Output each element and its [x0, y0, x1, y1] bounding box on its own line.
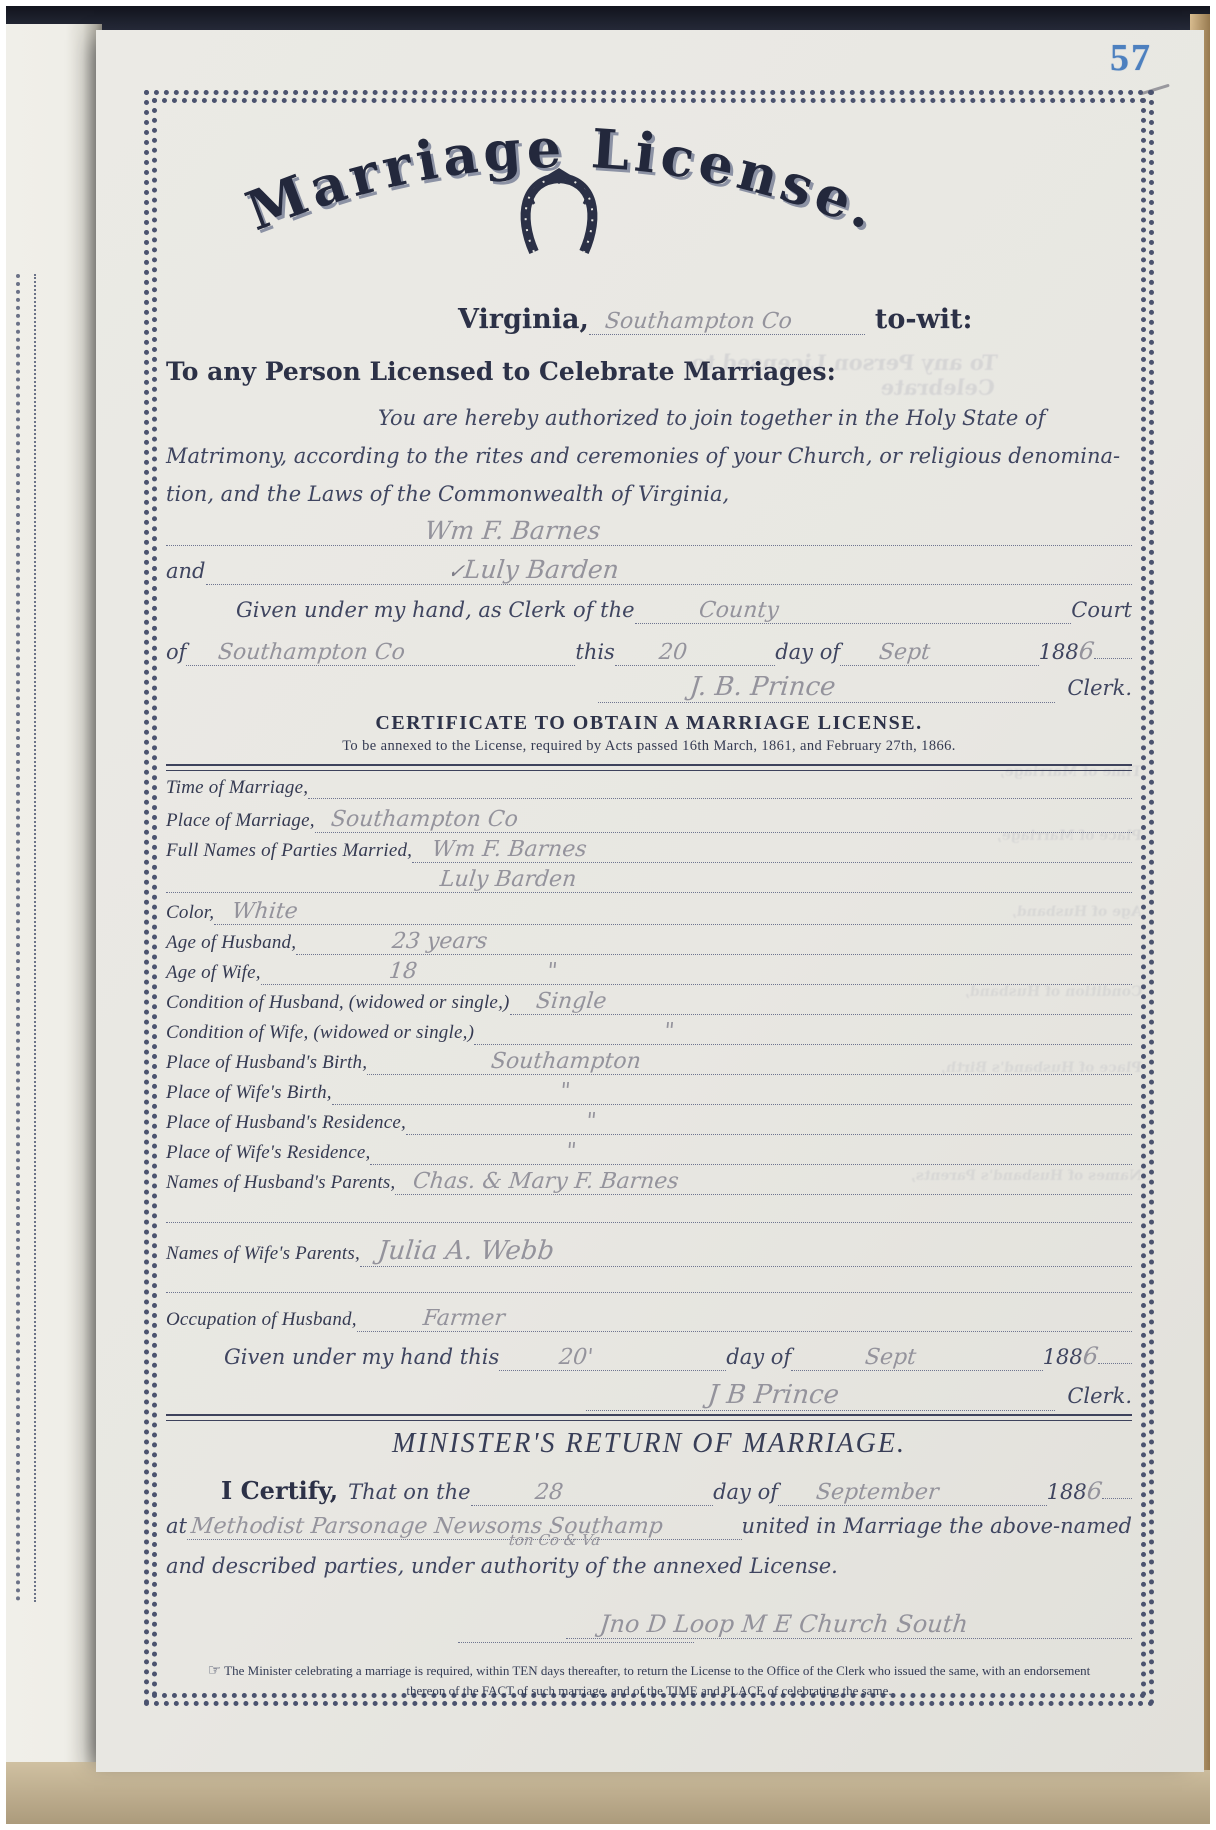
field-value: Farmer — [421, 1306, 505, 1331]
court-fill-line: County — [635, 598, 1072, 624]
authorization-line-1: You are hereby authorized to join togeth… — [166, 406, 1132, 430]
state-fill-value: Southampton Co — [604, 309, 794, 334]
field-value: Chas. & Mary F. Barnes — [412, 1169, 680, 1194]
bride-name-line: and ✓Luly Barden — [166, 555, 1132, 585]
state-row: Virginia, Southampton Co to-wit: — [166, 304, 1132, 335]
described-text: and described parties, under authority o… — [166, 1554, 838, 1578]
court-label: Court — [1071, 598, 1132, 622]
field-label: Occupation of Husband, — [166, 1309, 357, 1331]
field-fill-line: Luly Barden — [166, 867, 1132, 893]
field-row-wife-birth: Place of Wife's Birth," — [166, 1079, 1132, 1105]
year-prefix: 188 — [1047, 1480, 1087, 1504]
field-row-continuation — [166, 1274, 1132, 1293]
authorization-text: You are hereby authorized to join togeth… — [378, 406, 1045, 430]
book-photo: 57 To any Person Licensed to Celebrate T… — [0, 0, 1216, 1830]
certify-label: I Certify, — [221, 1476, 338, 1505]
authorization-text: tion, and the Laws of the Commonwealth o… — [166, 482, 729, 506]
groom-name-line: Wm F. Barnes — [166, 516, 1132, 546]
field-row-color: Color,White — [166, 899, 1132, 925]
bride-name-value: Luly Barden — [463, 555, 621, 584]
field-value: Julia A. Webb — [376, 1236, 555, 1266]
day-of-label: day of — [726, 1345, 791, 1369]
field-row-time-of-marriage: Time of Marriage, — [166, 777, 1132, 799]
month-fill-value: September — [815, 1480, 940, 1505]
year-fill-line — [1102, 1498, 1132, 1499]
field-label: Age of Husband, — [166, 932, 296, 954]
field-label: Place of Wife's Birth, — [166, 1082, 332, 1104]
clerk-given-text: Given under my hand, as Clerk of the — [236, 598, 635, 622]
clerk-issue-row: Given under my hand, as Clerk of the Cou… — [166, 598, 1132, 624]
field-row-age-of-husband: Age of Husband,23 years — [166, 929, 1132, 955]
clerk-label: Clerk. — [1067, 676, 1132, 700]
horseshoe-ornament-icon — [504, 164, 614, 259]
field-row-condition-of-wife: Condition of Wife, (widowed or single,)" — [166, 1019, 1132, 1045]
field-row-condition-of-husband: Condition of Husband, (widowed or single… — [166, 989, 1132, 1015]
year-fill-line — [1098, 1363, 1132, 1364]
day-fill-value: 20' — [558, 1345, 595, 1370]
field-fill-line: Wm F. Barnes — [412, 837, 1132, 863]
field-value: " — [585, 1109, 598, 1134]
groom-name-value: Wm F. Barnes — [423, 516, 602, 545]
month-fill-value: Sept — [878, 640, 932, 665]
state-label: Virginia, — [458, 304, 589, 335]
year-fill-value: 6 — [1081, 1342, 1099, 1370]
day-fill-line: 28 — [471, 1480, 714, 1506]
field-row-full-names: Full Names of Parties Married,Wm F. Barn… — [166, 837, 1132, 863]
field-fill-line: Single — [510, 989, 1132, 1015]
month-fill-line: Sept — [840, 640, 1038, 666]
clerk-signature-line: J. B. Prince — [598, 672, 1055, 703]
field-fill-line: " — [406, 1109, 1132, 1135]
field-label: Age of Wife, — [166, 962, 261, 984]
field-value: Wm F. Barnes — [431, 837, 588, 862]
minister-signature-row: Jno D Loop M E Church South — [166, 1610, 1132, 1639]
given-label: Given under my hand this — [224, 1345, 499, 1369]
field-fill-line: " — [474, 1019, 1132, 1045]
field-fill-line: Southampton — [367, 1049, 1132, 1075]
clerk-signature-value: J. B. Prince — [688, 672, 837, 702]
place-fill-line: Methodist Parsonage Newsoms Southamp ton… — [187, 1514, 742, 1540]
field-row-occupation: Occupation of Husband,Farmer — [166, 1306, 1132, 1332]
divider-rule — [166, 1414, 1132, 1421]
page-number: 57 — [1110, 36, 1152, 80]
field-value-ditto: " — [545, 959, 558, 984]
field-label: Names of Wife's Parents, — [166, 1243, 360, 1265]
certificate-subheading: To be annexed to the License, required b… — [166, 738, 1132, 755]
groom-fill-line: Wm F. Barnes — [166, 516, 1132, 546]
field-label: Condition of Wife, (widowed or single,) — [166, 1022, 474, 1044]
footer-line-1: The Minister celebrating a marriage is r… — [224, 1663, 1090, 1678]
minister-signature-line: Jno D Loop M E Church South — [566, 1610, 1132, 1639]
salutation: To any Person Licensed to Celebrate Marr… — [166, 357, 836, 386]
state-fill-line: Southampton Co — [589, 309, 865, 335]
field-value: Luly Barden — [439, 867, 578, 892]
that-label: That on the — [348, 1480, 470, 1504]
field-row-full-names-2: Luly Barden — [166, 867, 1132, 893]
authorization-text: Matrimony, according to the rites and ce… — [166, 444, 1120, 468]
at-row: at Methodist Parsonage Newsoms Southamp … — [166, 1514, 1132, 1540]
footer-line-2: thereon of the FACT of such marriage, an… — [406, 1683, 891, 1698]
certify-row: I Certify, That on the 28 day of Septemb… — [166, 1476, 1132, 1506]
field-label: Place of Marriage, — [166, 810, 315, 832]
month-fill-line: Sept — [791, 1345, 1042, 1371]
certificate-clerk-signature-row: J B Prince Clerk. — [166, 1380, 1132, 1411]
field-fill-line: 23 years — [296, 929, 1132, 955]
described-row: and described parties, under authority o… — [166, 1554, 1132, 1578]
certificate-given-row: Given under my hand this 20' day of Sept… — [166, 1342, 1132, 1371]
field-label: Place of Wife's Residence, — [166, 1142, 370, 1164]
field-row-age-of-wife: Age of Wife,18" — [166, 959, 1132, 985]
minister-signature-value: Jno D Loop M E Church South — [599, 1610, 970, 1638]
this-label: this — [575, 640, 614, 664]
field-label: Color, — [166, 902, 214, 924]
field-value: " — [663, 1019, 676, 1044]
field-fill-line: White — [214, 899, 1132, 925]
day-of-label: day of — [775, 640, 840, 664]
salutation-row: To any Person Licensed to Celebrate Marr… — [166, 357, 1132, 386]
field-label: Place of Husband's Birth, — [166, 1052, 367, 1074]
clerk-label: Clerk. — [1067, 1384, 1132, 1408]
year-prefix: 188 — [1039, 640, 1079, 664]
field-row-wife-parents: Names of Wife's Parents,Julia A. Webb — [166, 1236, 1132, 1267]
field-label: Full Names of Parties Married, — [166, 840, 412, 862]
field-label: Names of Husband's Parents, — [166, 1172, 395, 1194]
field-row-husband-birth: Place of Husband's Birth,Southampton — [166, 1049, 1132, 1075]
field-row-husband-residence: Place of Husband's Residence," — [166, 1109, 1132, 1135]
field-fill-line: 18" — [261, 959, 1132, 985]
field-row-continuation — [166, 1204, 1132, 1223]
authorization-line-3: tion, and the Laws of the Commonwealth o… — [166, 482, 1132, 506]
short-signature-line-row — [166, 1642, 1132, 1643]
of-label: of — [166, 640, 186, 664]
issue-date-row: of Southampton Co this 20 day of Sept 18… — [166, 637, 1132, 666]
field-fill-line: Farmer — [357, 1306, 1132, 1332]
certificate-heading: CERTIFICATE TO OBTAIN A MARRIAGE LICENSE… — [166, 712, 1132, 735]
bride-fill-line: ✓Luly Barden — [206, 555, 1133, 585]
year-fill-value: 6 — [1085, 1477, 1103, 1505]
day-fill-value: 20 — [658, 640, 689, 665]
field-label: Time of Marriage, — [166, 777, 308, 799]
field-value: White — [231, 899, 299, 924]
field-fill-line — [166, 1204, 1132, 1223]
day-fill-value: 28 — [533, 1480, 564, 1505]
day-fill-line: 20 — [615, 640, 775, 666]
year-fill-value: 6 — [1077, 637, 1095, 665]
facing-page-border — [16, 274, 36, 1602]
month-fill-value: Sept — [864, 1345, 918, 1370]
field-value: 18 — [387, 959, 418, 984]
footer-note: ☞ The Minister celebrating a marriage is… — [186, 1660, 1112, 1701]
and-label: and — [166, 559, 206, 583]
field-fill-line — [308, 780, 1132, 799]
field-fill-line: Southampton Co — [315, 807, 1132, 833]
authorization-line-2: Matrimony, according to the rites and ce… — [166, 444, 1132, 468]
minister-heading: MINISTER'S RETURN OF MARRIAGE. — [166, 1428, 1132, 1460]
field-row-wife-residence: Place of Wife's Residence," — [166, 1139, 1132, 1165]
field-fill-line: " — [370, 1139, 1132, 1165]
of-fill-line: Southampton Co — [186, 640, 575, 666]
year-fill-line — [1094, 658, 1132, 659]
day-fill-line: 20' — [499, 1345, 726, 1371]
year-prefix: 188 — [1043, 1345, 1083, 1369]
record-page: 57 To any Person Licensed to Celebrate T… — [96, 30, 1204, 1772]
short-signature-line — [458, 1642, 694, 1643]
facing-page — [6, 24, 102, 1762]
clerk-signature-value: J B Prince — [706, 1380, 840, 1410]
field-row-husband-parents: Names of Husband's Parents,Chas. & Mary … — [166, 1169, 1132, 1195]
field-label: Place of Husband's Residence, — [166, 1112, 406, 1134]
at-label: at — [166, 1514, 187, 1538]
united-text: united in Marriage the above-named — [742, 1514, 1132, 1538]
court-fill-value: County — [697, 598, 779, 623]
field-value: Southampton Co — [329, 807, 519, 832]
field-value: " — [565, 1139, 578, 1164]
field-fill-line: Julia A. Webb — [360, 1236, 1132, 1267]
field-value: " — [558, 1079, 571, 1104]
clerk-signature-row: J. B. Prince Clerk. — [166, 672, 1132, 703]
field-value: Single — [534, 989, 607, 1014]
to-wit-label: to-wit: — [875, 304, 973, 335]
field-fill-line: Chas. & Mary F. Barnes — [395, 1169, 1132, 1195]
pointing-hand-icon: ☞ — [208, 1661, 221, 1679]
field-label: Condition of Husband, (widowed or single… — [166, 992, 510, 1014]
field-row-place-of-marriage: Place of Marriage,Southampton Co — [166, 807, 1132, 833]
license-content: To any Person Licensed to Celebrate Time… — [166, 112, 1132, 1702]
month-fill-line: September — [778, 1480, 1047, 1506]
field-value: Southampton — [490, 1049, 642, 1074]
of-fill-value: Southampton Co — [217, 640, 407, 665]
divider-rule — [166, 764, 1132, 771]
place-insert-value: ton Co & Va — [508, 1531, 601, 1549]
field-fill-line — [166, 1274, 1132, 1293]
field-fill-line: " — [332, 1079, 1132, 1105]
clerk-signature-line: J B Prince — [586, 1380, 1055, 1411]
day-of-label: day of — [713, 1480, 778, 1504]
field-value: 23 years — [391, 929, 489, 954]
